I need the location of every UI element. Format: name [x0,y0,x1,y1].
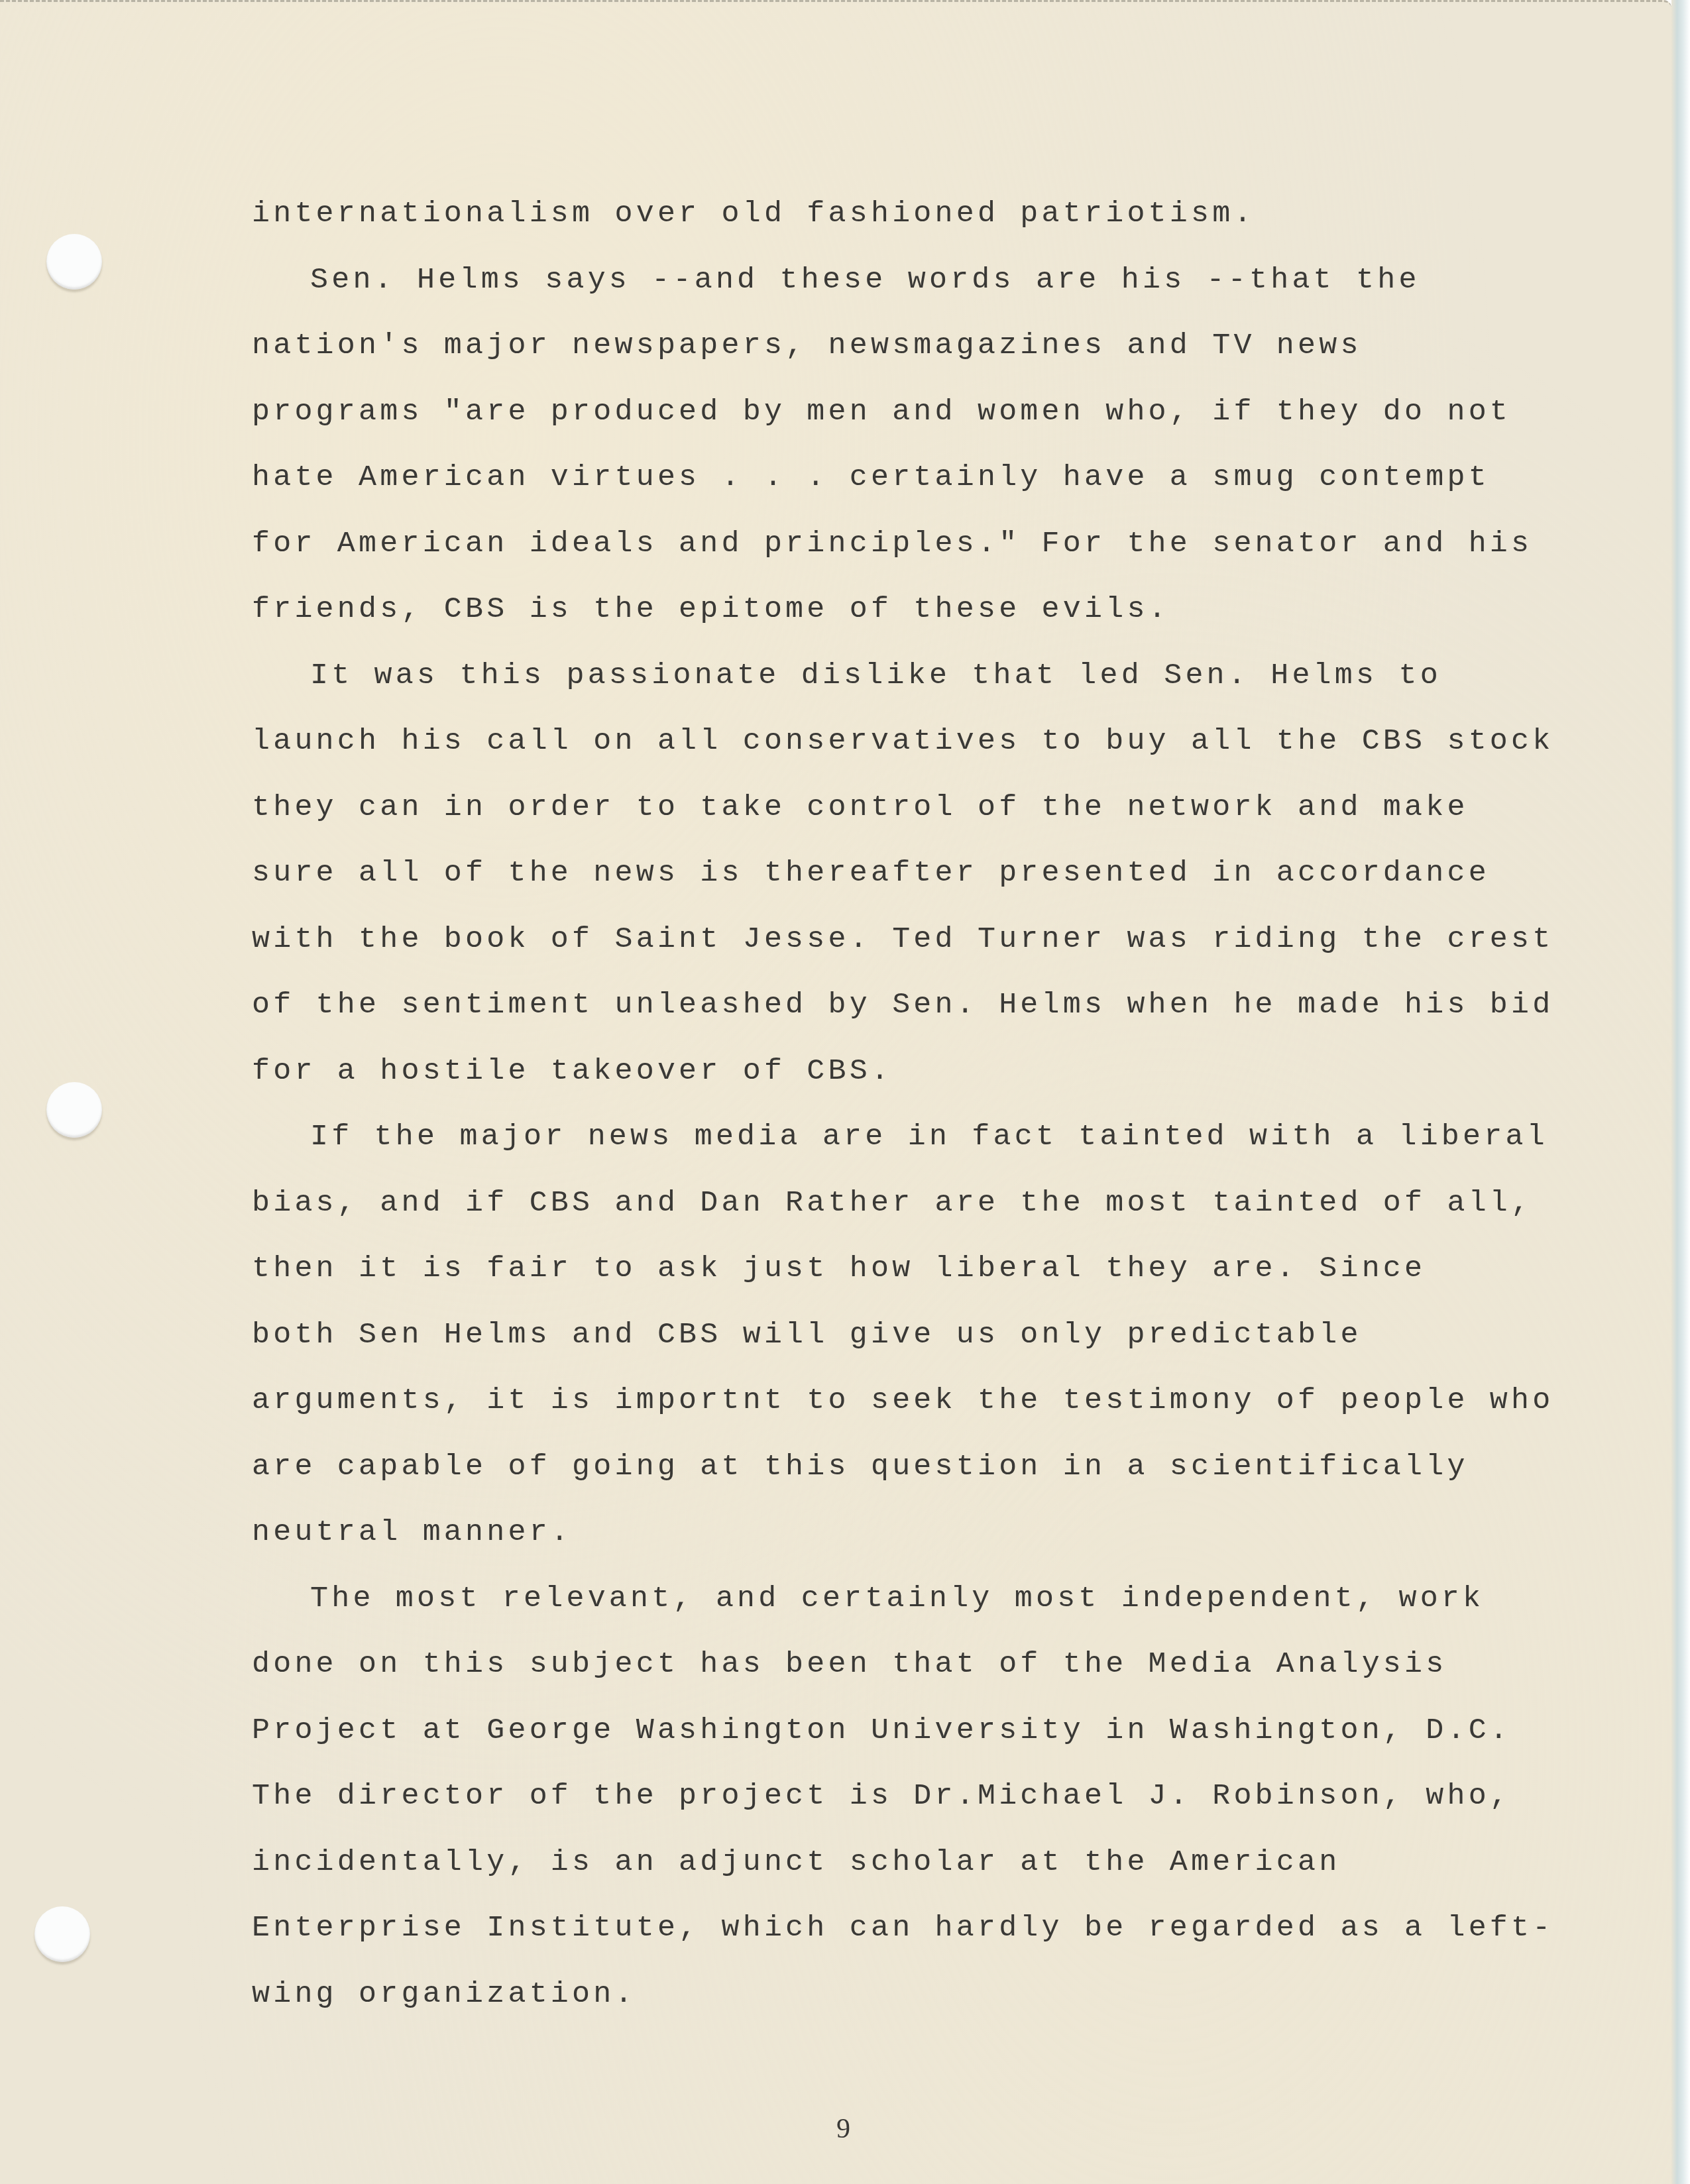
text-line: friends, CBS is the epitome of these evi… [252,590,1544,656]
text-line: The director of the project is Dr.Michae… [252,1776,1544,1843]
text-line: of the sentiment unleashed by Sen. Helms… [252,985,1544,1052]
text-line: The most relevant, and certainly most in… [252,1579,1544,1645]
text-line: internationalism over old fashioned patr… [252,194,1544,260]
body-text: internationalism over old fashioned patr… [252,194,1544,2040]
text-line: done on this subject has been that of th… [252,1645,1544,1711]
punch-hole-middle [46,1082,102,1138]
text-line: Project at George Washington University … [252,1711,1544,1777]
text-line: bias, and if CBS and Dan Rather are the … [252,1183,1544,1250]
text-line: wing organization. [252,1975,1544,2041]
text-line: Enterprise Institute, which can hardly b… [252,1908,1544,1975]
text-line: are capable of going at this question in… [252,1447,1544,1513]
page-edge [1671,0,1690,2184]
text-line: nation's major newspapers, newsmagazines… [252,326,1544,392]
text-line: If the major news media are in fact tain… [252,1117,1544,1183]
text-line: incidentally, is an adjunct scholar at t… [252,1843,1544,1909]
text-line: It was this passionate dislike that led … [252,656,1544,722]
text-line: hate American virtues . . . certainly ha… [252,458,1544,524]
page-number: 9 [836,2113,850,2145]
text-line: for a hostile takeover of CBS. [252,1052,1544,1118]
text-line: with the book of Saint Jesse. Ted Turner… [252,920,1544,986]
text-line: then it is fair to ask just how liberal … [252,1249,1544,1315]
text-line: programs "are produced by men and women … [252,392,1544,459]
punch-hole-bottom [34,1906,90,1962]
text-line: arguments, it is importnt to seek the te… [252,1381,1544,1447]
text-line: both Sen Helms and CBS will give us only… [252,1315,1544,1382]
text-line: Sen. Helms says --and these words are hi… [252,260,1544,327]
text-line: for American ideals and principles." For… [252,524,1544,590]
text-line: neutral manner. [252,1513,1544,1579]
text-line: they can in order to take control of the… [252,788,1544,854]
text-line: launch his call on all conservatives to … [252,722,1544,788]
text-line: sure all of the news is thereafter prese… [252,853,1544,920]
punch-hole-top [46,234,102,290]
document-page: internationalism over old fashioned patr… [0,0,1671,2184]
